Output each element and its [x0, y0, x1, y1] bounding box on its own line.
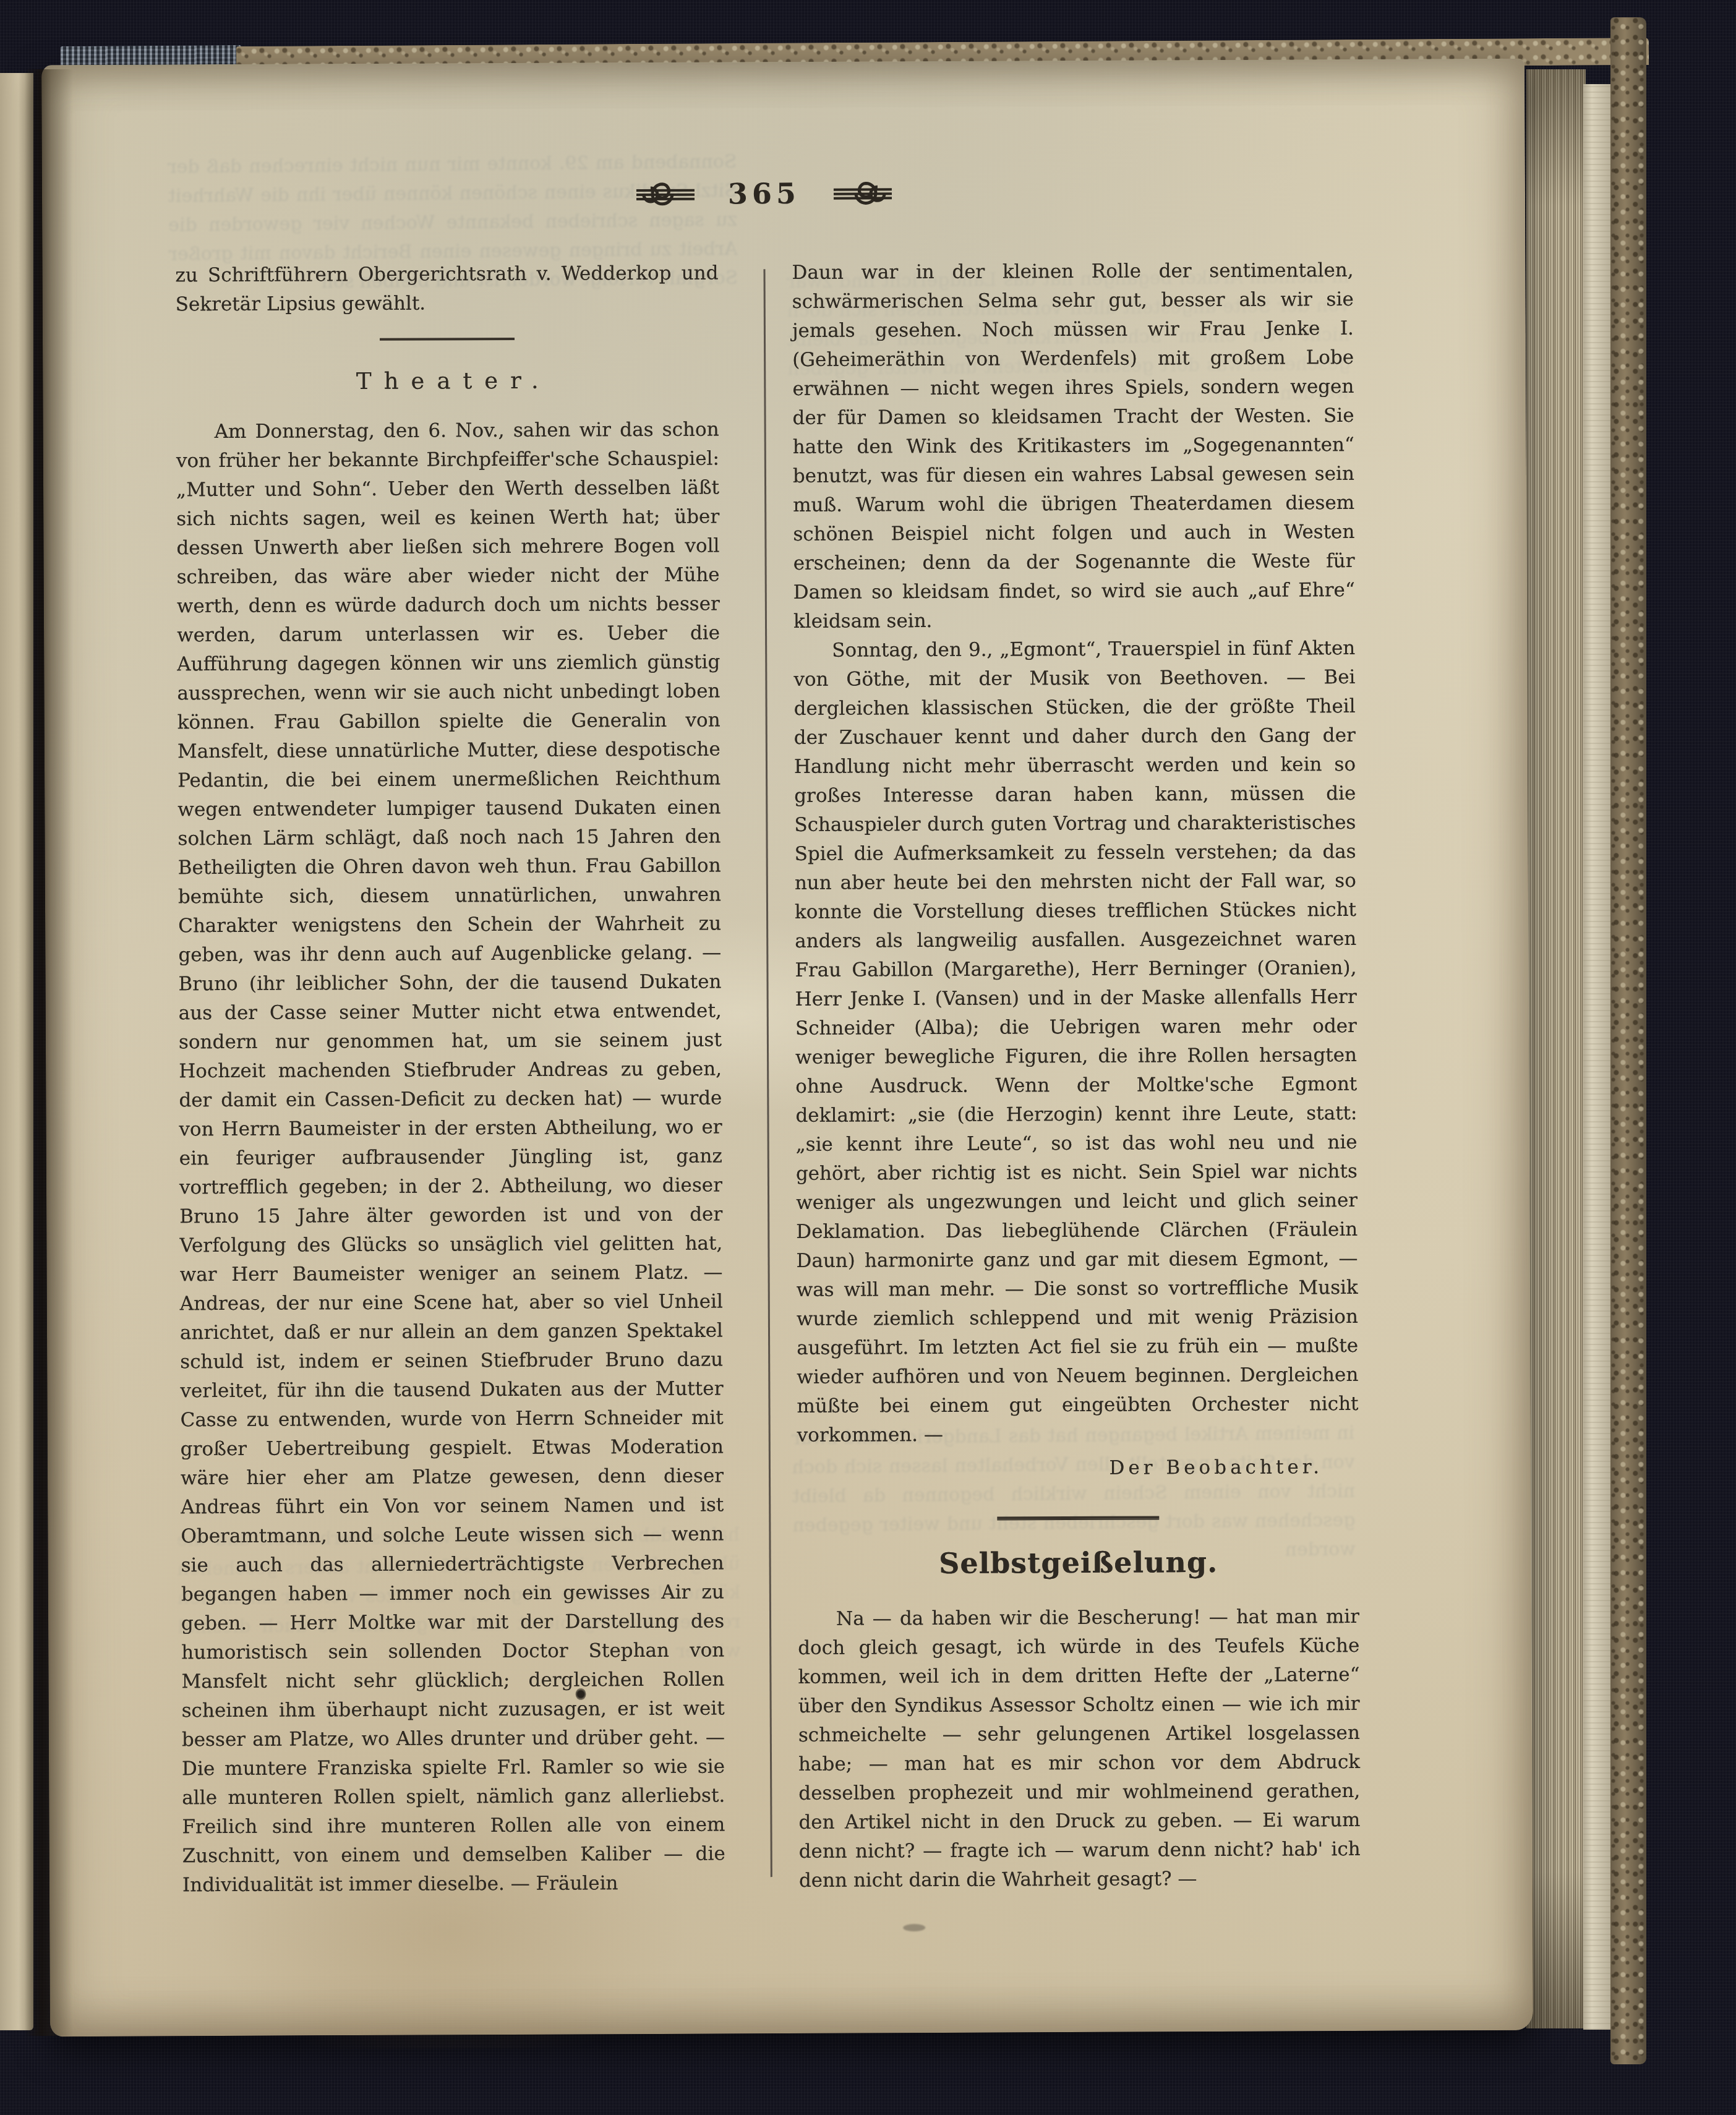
previous-article-end: zu Schriftführern Obergerichtsrath v. We… — [175, 258, 718, 319]
theater-heading: Theater. — [176, 365, 719, 396]
selbstgeisselung-heading: Selbstgeißelung. — [798, 1547, 1359, 1579]
book-page: Sonnabend am 29. konnte mir nun nicht ei… — [41, 59, 1533, 2036]
right-column: Daun war in der kleinen Rolle der sentim… — [792, 256, 1361, 1895]
theater-continuation-paragraph: Daun war in der kleinen Rolle der sentim… — [792, 256, 1355, 636]
selbstgeisselung-paragraph: Na — da haben wir die Bescherung! — hat … — [798, 1602, 1361, 1895]
column-divider-rule — [764, 269, 772, 1877]
egmont-review-paragraph: Sonntag, den 9., „Egmont“, Trauerspiel i… — [793, 634, 1359, 1450]
printed-text-area: 365 zu Schriftführern Obergerichtsrath v… — [41, 59, 1533, 2036]
section-divider-rule — [380, 338, 515, 341]
flyleaf-edge — [1583, 84, 1612, 2030]
article-divider-rule — [997, 1516, 1159, 1520]
header-ornament-left-icon — [635, 181, 699, 208]
left-page-edge — [0, 73, 33, 2030]
book-cover-edge — [1610, 17, 1646, 2064]
author-signature: Der Beobachter. — [797, 1453, 1359, 1484]
header-ornament-right-icon — [829, 179, 893, 207]
page-number: 365 — [728, 177, 800, 211]
left-column: zu Schriftführern Obergerichtsrath v. We… — [175, 258, 725, 1900]
theater-review-paragraph: Am Donnerstag, den 6. Nov., sahen wir da… — [176, 415, 725, 1900]
page-header: 365 — [175, 174, 1353, 213]
page-stack-fore-edge — [1526, 69, 1586, 2028]
book-photo: Sonnabend am 29. konnte mir nun nicht ei… — [0, 0, 1736, 2115]
